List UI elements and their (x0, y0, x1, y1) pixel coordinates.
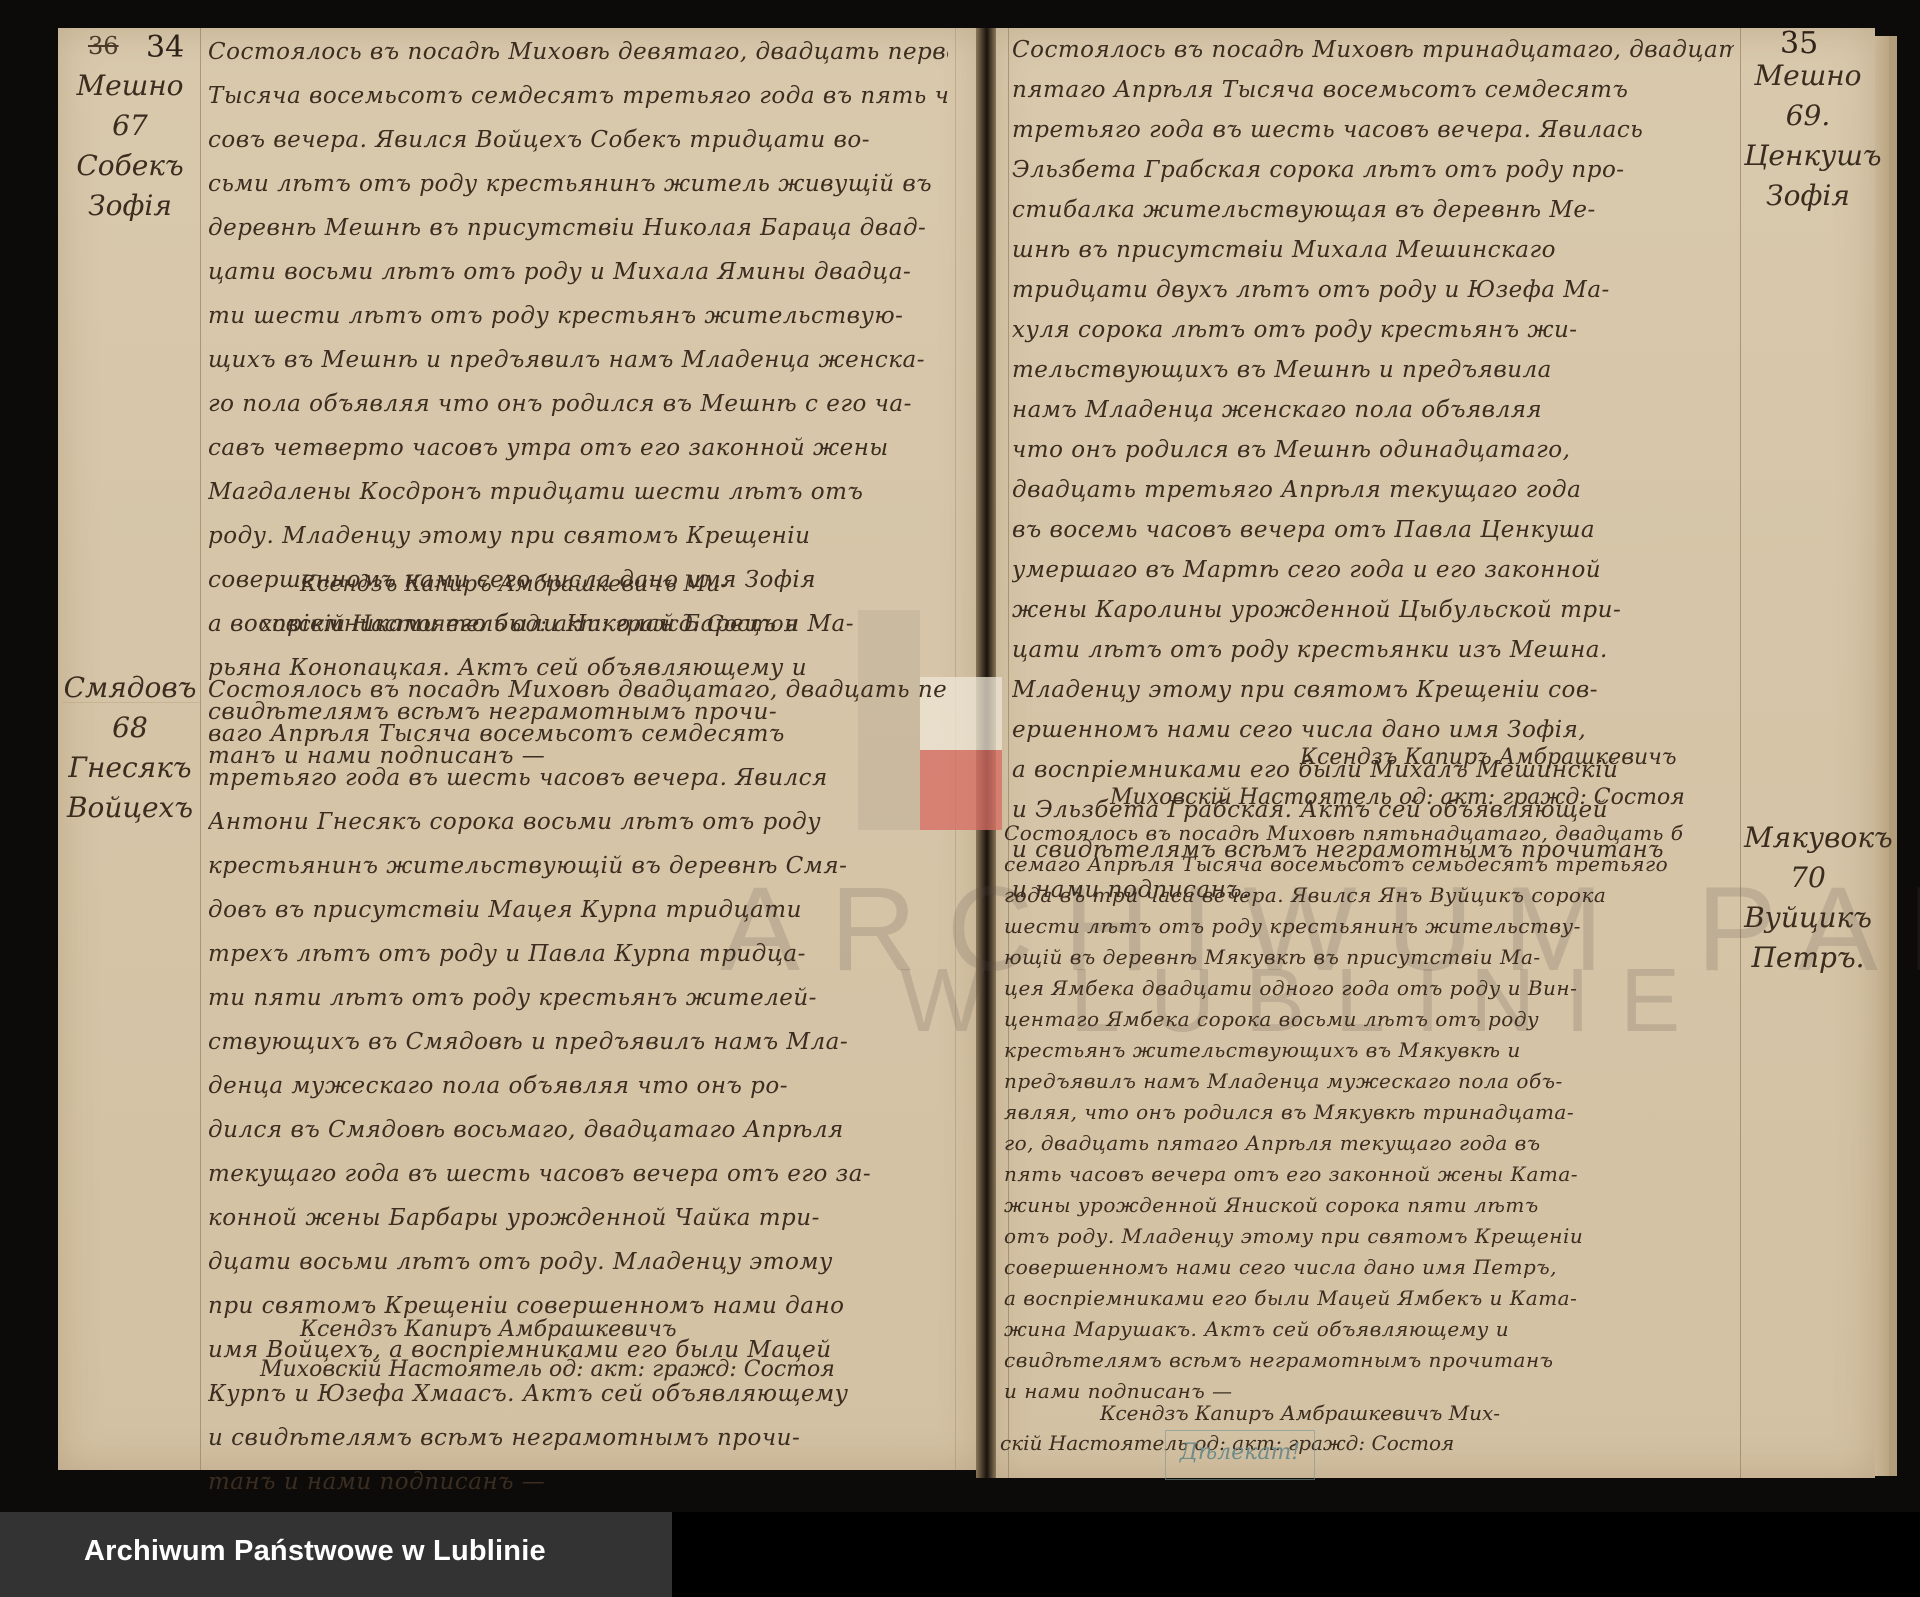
entry-line: цати лѣтъ отъ роду крестьянки изъ Мешна. (1012, 630, 1734, 670)
entry-line: щихъ въ Мешнѣ и предъявилъ намъ Младенца… (208, 338, 948, 382)
page-edge (1875, 36, 1889, 1476)
entry-line: что онъ родился въ Мешнѣ одинадцатаго, (1012, 430, 1734, 470)
entry-line: свидѣтелямъ всѣмъ неграмотнымъ прочитанъ (1004, 1345, 1734, 1376)
entry-line: шести лѣтъ отъ роду крестьянинъ жительст… (1004, 911, 1734, 942)
entry-line: го пола объявляя что онъ родился въ Мешн… (208, 382, 948, 426)
entry-line: Младенцу этому при святомъ Крещеніи сов- (1012, 670, 1734, 710)
signature-line: Ксендзъ Капиръ Амбрашкевичъ Мих- (1100, 1398, 1500, 1428)
margin-village: Мякувокъ (1744, 818, 1872, 858)
margin-village: Смядовъ (62, 668, 198, 708)
entry-line: Состоялось въ посадѣ Миховѣ пятьнадцатаг… (1004, 818, 1734, 849)
entry-line: Эльзбета Грабская сорока лѣтъ отъ роду п… (1012, 150, 1734, 190)
margin-surname: Вуйцикъ (1744, 898, 1872, 938)
margin-number: 69. (1744, 96, 1872, 136)
margin-village: Мешно (1744, 56, 1872, 96)
entry-line: шнѣ въ присутствіи Михала Мешинскаго (1012, 230, 1734, 270)
margin-village: Мешно (62, 66, 198, 106)
entry-line: ствующихъ въ Смядовѣ и предъявилъ намъ М… (208, 1020, 948, 1064)
entry-line: цея Ямбека двадцати одного года отъ роду… (1004, 973, 1734, 1004)
entry-line: крестьянъ жительствующихъ въ Мякувкѣ и (1004, 1035, 1734, 1066)
entry-line: тридцати двухъ лѣтъ отъ роду и Юзефа Ма- (1012, 270, 1734, 310)
entry-line: деревнѣ Мешнѣ въ присутствіи Николая Бар… (208, 206, 948, 250)
margin-given-name: Зофія (1744, 176, 1872, 216)
entry-line: Магдалены Косдронъ тридцати шести лѣтъ о… (208, 470, 948, 514)
signature-67: Ксендзъ Капиръ Амбрашкевичъ Ми- ховскій … (300, 565, 798, 645)
margin-number: 67 (62, 106, 198, 146)
entry-line: Состоялось въ посадѣ Миховѣ девятаго, дв… (208, 30, 948, 74)
entry-line: ти шести лѣтъ отъ роду крестьянъ жительс… (208, 294, 948, 338)
footer-background (672, 1512, 1920, 1597)
entry-line: жены Каролины урожденной Цыбульской три- (1012, 590, 1734, 630)
signature-line: Ксендзъ Капиръ Амбрашкевичъ (300, 1310, 835, 1350)
entry-line: дцати восьми лѣтъ отъ роду. Младенцу это… (208, 1240, 948, 1284)
entry-line: намъ Младенца женскаго пола объявляя (1012, 390, 1734, 430)
signature-line: Миховскій Настоятель од: акт: гражд: Сос… (260, 1350, 835, 1390)
margin-number: 68 (62, 708, 198, 748)
entry-line: го, двадцать пятаго Апрѣля текущаго года… (1004, 1128, 1734, 1159)
entry-line: Тысяча восемьсотъ семдесятъ третьяго год… (208, 74, 948, 118)
entry-line: третьяго года въ шесть часовъ вечера. Яв… (1012, 110, 1734, 150)
entry-line: хуля сорока лѣтъ отъ роду крестьянъ жи- (1012, 310, 1734, 350)
entry-text-70: Состоялось въ посадѣ Миховѣ пятьнадцатаг… (1004, 818, 1734, 1407)
entry-line: года въ три часа вечера. Явился Янъ Вуйц… (1004, 880, 1734, 911)
entry-margin-68: Смядовъ 68 Гнесякъ Войцехъ (62, 668, 198, 828)
entry-line: предъявилъ намъ Младенца мужескаго пола … (1004, 1066, 1734, 1097)
entry-margin-70: Мякувокъ 70 Вуйцикъ Петръ. (1744, 818, 1872, 978)
margin-surname: Собекъ (62, 146, 198, 186)
archive-name-label: Archiwum Państwowe w Lublinie (84, 1535, 546, 1568)
margin-surname: Ценкушъ (1744, 136, 1872, 176)
signature-68: Ксендзъ Капиръ Амбрашкевичъ Миховскій На… (300, 1310, 835, 1390)
signature-line: ховскій Настоятель од: акт: гражд: Состо… (260, 605, 798, 645)
entry-line: являя, что онъ родился въ Мякувкѣ тринад… (1004, 1097, 1734, 1128)
margin-rule-left (200, 28, 201, 1470)
entry-line: жина Марушакъ. Актъ сей объявляющему и (1004, 1314, 1734, 1345)
stamp: Дѣлекат! (1165, 1430, 1315, 1480)
entry-line: совершенномъ нами сего числа дано имя Пе… (1004, 1252, 1734, 1283)
page-number-struck: 36 (88, 32, 119, 60)
entry-line: конной жены Барбары урожденной Чайка три… (208, 1196, 948, 1240)
entry-line: довъ въ присутствіи Мацея Курпа тридцати (208, 888, 948, 932)
entry-line: ти пяти лѣтъ отъ роду крестьянъ жителей- (208, 976, 948, 1020)
entry-line: двадцать третьяго Апрѣля текущаго года (1012, 470, 1734, 510)
entry-line: пять часовъ вечера отъ его законной жены… (1004, 1159, 1734, 1190)
signature-line: Ксендзъ Капиръ Амбрашкевичъ (1300, 738, 1685, 778)
entry-line: и свидѣтелямъ всѣмъ неграмотнымъ прочи- (208, 1416, 948, 1460)
entry-line: Состоялось въ посадѣ Миховѣ тринадцатаго… (1012, 30, 1734, 70)
entry-line: въ восемь часовъ вечера отъ Павла Ценкуш… (1012, 510, 1734, 550)
entry-line: цати восьми лѣтъ отъ роду и Михала Ямины… (208, 250, 948, 294)
entry-line: танъ и нами подписанъ — (208, 1460, 948, 1504)
entry-line: Антони Гнесякъ сорока восьми лѣтъ отъ ро… (208, 800, 948, 844)
entry-line: ющій въ деревнѣ Мякувкѣ въ присутствіи М… (1004, 942, 1734, 973)
signature-line: Миховскій Настоятель од: акт: гражд: Сос… (1110, 778, 1685, 818)
entry-line: трехъ лѣтъ отъ роду и Павла Курпа тридца… (208, 932, 948, 976)
entry-line: центаго Ямбека сорока восьми лѣтъ отъ ро… (1004, 1004, 1734, 1035)
entry-margin-69: Мешно 69. Ценкушъ Зофія (1744, 56, 1872, 216)
entry-line: жины урожденной Яниской сорока пяти лѣтъ (1004, 1190, 1734, 1221)
entry-line: текущаго года въ шесть часовъ вечера отъ… (208, 1152, 948, 1196)
entry-line: денца мужескаго пола объявляя что онъ ро… (208, 1064, 948, 1108)
margin-number: 70 (1744, 858, 1872, 898)
entry-line: совъ вечера. Явился Войцехъ Собекъ тридц… (208, 118, 948, 162)
margin-rule-right (1740, 28, 1741, 1478)
margin-surname: Гнесякъ (62, 748, 198, 788)
signature-69: Ксендзъ Капиръ Амбрашкевичъ Миховскій На… (1300, 738, 1685, 818)
entry-line: третьяго года въ шесть часовъ вечера. Яв… (208, 756, 948, 800)
margin-given-name: Войцехъ (62, 788, 198, 828)
entry-line: пятаго Апрѣля Тысяча восемьсотъ семдесят… (1012, 70, 1734, 110)
signature-line: Ксендзъ Капиръ Амбрашкевичъ Ми- (300, 565, 798, 605)
entry-text-67: Состоялось въ посадѣ Миховѣ девятаго, дв… (208, 30, 948, 778)
margin-given-name: Зофія (62, 186, 198, 226)
entry-line: а воспріемниками его были Мацей Ямбекъ и… (1004, 1283, 1734, 1314)
entry-margin-67: Мешно 67 Собекъ Зофія (62, 66, 198, 226)
page-edge (1889, 36, 1897, 1476)
entry-line: савъ четверто часовъ утра отъ его законн… (208, 426, 948, 470)
page-number: 34 (146, 30, 184, 65)
entry-line: семаго Апрѣля Тысяча восемьсотъ семьдеся… (1004, 849, 1734, 880)
entry-line: тельствующихъ въ Мешнѣ и предъявила (1012, 350, 1734, 390)
entry-line: умершаго въ Мартѣ сего года и его законн… (1012, 550, 1734, 590)
margin-given-name: Петръ. (1744, 938, 1872, 978)
entry-line: стибалка жительствующая въ деревнѣ Ме- (1012, 190, 1734, 230)
entry-line: дился въ Смядовѣ восьмаго, двадцатаго Ап… (208, 1108, 948, 1152)
entry-line: Состоялось въ посадѣ Миховѣ двадцатаго, … (208, 668, 948, 712)
entry-line: сьми лѣтъ отъ роду крестьянинъ житель жи… (208, 162, 948, 206)
entry-line: крестьянинъ жительствующій въ деревнѣ См… (208, 844, 948, 888)
entry-line: отъ роду. Младенцу этому при святомъ Кре… (1004, 1221, 1734, 1252)
entry-line: ваго Апрѣля Тысяча восемьсотъ семдесятъ (208, 712, 948, 756)
entry-line: роду. Младенцу этому при святомъ Крещені… (208, 514, 948, 558)
